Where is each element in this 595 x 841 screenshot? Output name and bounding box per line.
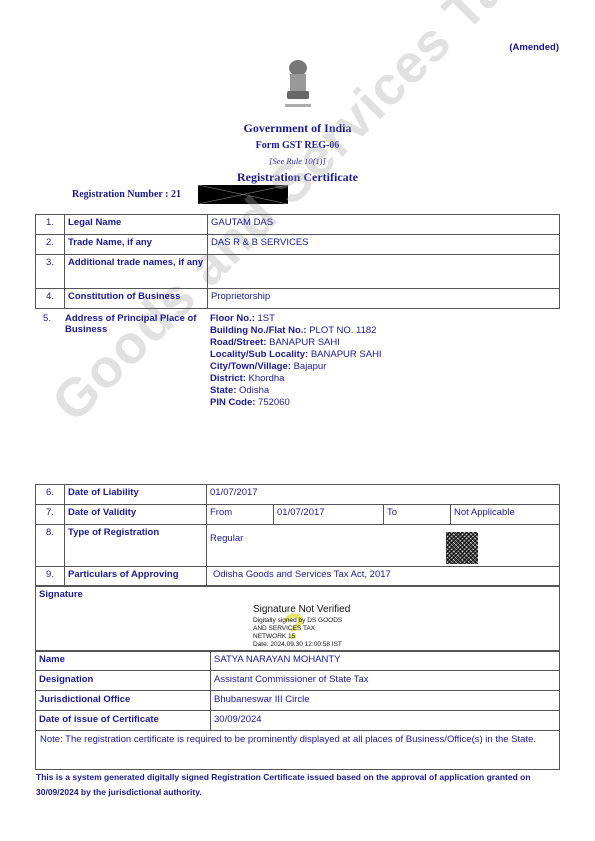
table-row: 2. Trade Name, if any DAS R & B SERVICES: [36, 235, 560, 255]
footer-statement: This is a system generated digitally sig…: [36, 770, 561, 800]
from-label: From: [207, 505, 274, 525]
address-line: Floor No.: 1ST: [210, 313, 550, 324]
table-row: 7. Date of Validity From 01/07/2017 To N…: [36, 505, 560, 525]
row-label: Constitution of Business: [65, 289, 208, 309]
registration-type: Regular: [210, 533, 243, 544]
row-label: Date of Liability: [65, 485, 207, 505]
row-label: Trade Name, if any: [65, 235, 208, 255]
qr-code-icon: [446, 532, 478, 564]
row-number: 6.: [36, 485, 65, 505]
row-label: Date of Validity: [65, 505, 207, 525]
row-label: Additional trade names, if any: [65, 255, 208, 289]
row-value: GAUTAM DAS: [208, 215, 560, 235]
row-number: 3.: [36, 255, 65, 289]
row-number: 7.: [36, 505, 65, 525]
row-number: 9.: [36, 567, 65, 587]
row-number: 4.: [36, 289, 65, 309]
registration-number: Registration Number : 21: [72, 189, 181, 200]
row-label: Particulars of Approving: [65, 567, 207, 587]
issue-date-label: Date of issue of Certificate: [36, 711, 211, 731]
issue-date: 30/09/2024: [211, 711, 560, 731]
address-label: Address of Principal Place of Business: [65, 313, 210, 335]
row-number: 1.: [36, 215, 65, 235]
digital-signature[interactable]: Signature Not Verified Digitally signed …: [253, 604, 350, 649]
address-line: State: Odisha: [210, 385, 550, 396]
table-row: 6. Date of Liability 01/07/2017: [36, 485, 560, 505]
table-row: Designation Assistant Commissioner of St…: [36, 671, 560, 691]
signature-box: Signature ? Signature Not Verified Digit…: [35, 585, 560, 652]
row-value: [208, 255, 560, 289]
address-line: Building No./Flat No.: PLOT NO. 1182: [210, 325, 550, 336]
approving-act: Odisha Goods and Services Tax Act, 2017: [207, 567, 560, 587]
table-row: Name SATYA NARAYAN MOHANTY: [36, 651, 560, 671]
amended-label: (Amended): [509, 42, 559, 53]
signature-status: Signature Not Verified: [253, 604, 350, 615]
address-line: Locality/Sub Locality: BANAPUR SAHI: [210, 349, 550, 360]
designation-label: Designation: [36, 671, 211, 691]
display-note: Note: The registration certificate is re…: [35, 730, 560, 770]
address-line: Road/Street: BANAPUR SAHI: [210, 337, 550, 348]
row-value: Proprietorship: [208, 289, 560, 309]
table-row: 3. Additional trade names, if any: [36, 255, 560, 289]
certificate-title: Registration Certificate: [0, 170, 595, 185]
jurisdiction: Bhubaneswar III Circle: [211, 691, 560, 711]
row-label: Legal Name: [65, 215, 208, 235]
address-line: City/Town/Village: Bajapur: [210, 361, 550, 372]
government-heading: Government of India: [0, 121, 595, 136]
signature-detail: NETWORK 15: [253, 633, 350, 641]
to-date: Not Applicable: [451, 505, 560, 525]
row-value: DAS R & B SERVICES: [208, 235, 560, 255]
jurisdiction-label: Jurisdictional Office: [36, 691, 211, 711]
redaction-box: [198, 185, 288, 204]
address-line: PIN Code: 752060: [210, 397, 550, 408]
liability-date: 01/07/2017: [207, 485, 560, 505]
table-row: 9. Particulars of Approving Odisha Goods…: [36, 567, 560, 587]
row-number: 2.: [36, 235, 65, 255]
national-emblem-icon: [279, 58, 317, 112]
from-date: 01/07/2017: [274, 505, 384, 525]
address-lines: Floor No.: 1STBuilding No./Flat No.: PLO…: [210, 313, 550, 409]
table-row: Date of issue of Certificate 30/09/2024: [36, 711, 560, 731]
table-row: 8. Type of Registration Regular: [36, 525, 560, 567]
signature-date: Date: 2024.09.30 12:00:58 IST: [253, 641, 350, 649]
row-label: Type of Registration: [65, 525, 207, 567]
rule-reference: [See Rule 10(1)]: [0, 156, 595, 166]
signature-detail: Digitally signed by DS GOODS: [253, 617, 350, 625]
row-number: 5.: [35, 313, 59, 324]
officer-name: SATYA NARAYAN MOHANTY: [211, 651, 560, 671]
table-row: 4. Constitution of Business Proprietorsh…: [36, 289, 560, 309]
details-table: 1. Legal Name GAUTAM DAS 2. Trade Name, …: [35, 214, 560, 309]
address-line: District: Khordha: [210, 373, 550, 384]
officer-name-label: Name: [36, 651, 211, 671]
table-row: Jurisdictional Office Bhubaneswar III Ci…: [36, 691, 560, 711]
designation: Assistant Commissioner of State Tax: [211, 671, 560, 691]
form-name: Form GST REG-06: [0, 140, 595, 151]
table-row: 1. Legal Name GAUTAM DAS: [36, 215, 560, 235]
row-number: 8.: [36, 525, 65, 567]
registration-table: 6. Date of Liability 01/07/2017 7. Date …: [35, 484, 560, 587]
to-label: To: [384, 505, 451, 525]
signature-detail: AND SERVICES TAX: [253, 625, 350, 633]
officer-table: Name SATYA NARAYAN MOHANTY Designation A…: [35, 650, 560, 731]
signature-label: Signature: [39, 589, 83, 600]
